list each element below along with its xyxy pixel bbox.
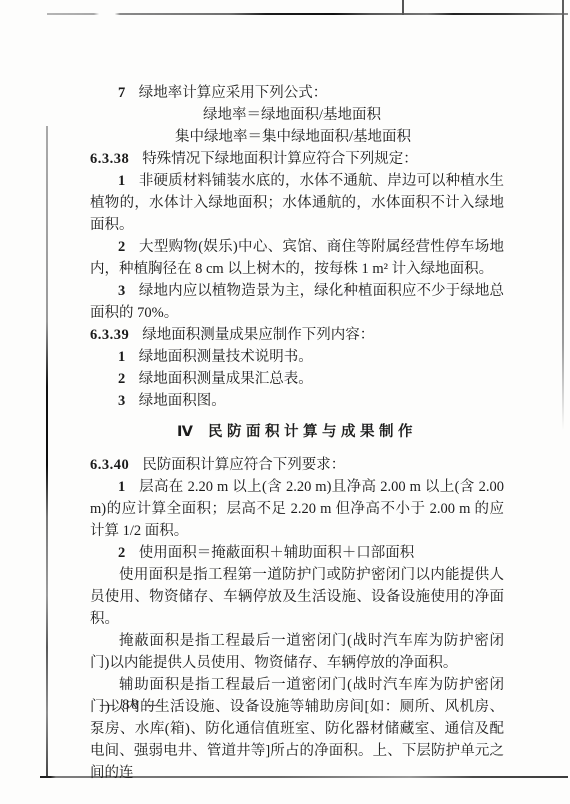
chapter-heading: Ⅳ民防面积计算与成果制作 [90,421,504,443]
paragraph-text: 绿地率＝绿地面积/基地面积 [203,107,381,123]
paragraph-text: 绿地面积图。 [139,393,226,409]
paragraph-text: 非硬质材料铺装水底的，水体不通航、岸边可以种植水生植物的，水体计入绿地面积；水体… [90,173,504,233]
chapter-title: 民防面积计算与成果制作 [208,424,417,440]
item-number: 3 [118,393,126,409]
paragraph-text: 绿地面积测量成果应制作下列内容： [142,327,374,343]
clause-number: 6.3.38 [90,151,129,167]
item-number: 2 [118,239,126,255]
list-item: 3绿地面积图。 [90,390,504,412]
list-item: 2绿地面积测量成果汇总表。 [90,368,504,390]
page-content: 7绿地率计算应采用下列公式：绿地率＝绿地面积/基地面积集中绿地率＝集中绿地面积/… [90,82,504,784]
paragraph-text: 绿地面积测量技术说明书。 [139,349,313,365]
section-clause: 6.3.40民防面积计算应符合下列要求： [90,454,504,476]
paragraph: 使用面积是指工程第一道防护门或防护密闭门以内能提供人员使用、物资储存、车辆停放及… [90,564,504,630]
scan-edge-right-line [562,0,564,430]
item-number: 2 [118,545,126,561]
item-number: 7 [118,85,126,101]
list-item: 1层高在 2.20 m 以上(含 2.20 m)且净高 2.00 m 以上(含 … [90,476,504,542]
paragraph-text: 掩蔽面积是指工程最后一道密闭门(战时汽车库为防护密闭门)以内能提供人员使用、物资… [90,633,504,671]
scan-edge-top-tick [402,0,404,15]
paragraph: 掩蔽面积是指工程最后一道密闭门(战时汽车库为防护密闭门)以内能提供人员使用、物资… [90,630,504,674]
paragraph-text: 集中绿地率＝集中绿地面积/基地面积 [175,129,411,145]
formula-line: 集中绿地率＝集中绿地面积/基地面积 [175,126,504,148]
paragraph-text: 绿地面积测量成果汇总表。 [139,371,313,387]
page-number: — 88 — [100,694,514,716]
list-item: 2大型购物(娱乐)中心、宾馆、商住等附属经营性停车场地内，种植胸径在 8 cm … [90,236,504,280]
formula-line: 绿地率＝绿地面积/基地面积 [203,104,504,126]
list-item: 2使用面积＝掩蔽面积＋辅助面积＋口部面积 [90,542,504,564]
item-number: 2 [118,371,126,387]
paragraph-text: 民防面积计算应符合下列要求： [142,457,345,473]
paragraph-text: 层高在 2.20 m 以上(含 2.20 m)且净高 2.00 m 以上(含 2… [90,479,504,539]
paragraph-text: 大型购物(娱乐)中心、宾馆、商住等附属经营性停车场地内，种植胸径在 8 cm 以… [90,239,504,277]
list-item: 7绿地率计算应采用下列公式： [90,82,504,104]
list-item: 1绿地面积测量技术说明书。 [90,346,504,368]
scan-edge-top-line [47,13,568,15]
item-number: 1 [118,173,126,189]
list-item: 3绿地内应以植物造景为主，绿化种植面积应不少于绿地总面积的 70%。 [90,280,504,324]
paragraph: 辅助面积是指工程最后一道密闭门(战时汽车库为防护密闭门)以内的生活设施、设备设施… [90,674,504,784]
paragraph-text: 辅助面积是指工程最后一道密闭门(战时汽车库为防护密闭门)以内的生活设施、设备设施… [90,677,504,781]
paragraph-text: 绿地内应以植物造景为主，绿化种植面积应不少于绿地总面积的 70%。 [90,283,504,321]
item-number: 1 [118,349,126,365]
list-item: 1非硬质材料铺装水底的，水体不通航、岸边可以种植水生植物的，水体计入绿地面积；水… [90,170,504,236]
scanned-page: { "page": { "number_label": "— 88 —", "h… [0,0,570,804]
section-clause: 6.3.39绿地面积测量成果应制作下列内容： [90,324,504,346]
paragraph-text: 使用面积＝掩蔽面积＋辅助面积＋口部面积 [139,545,415,561]
chapter-number: Ⅳ [177,424,194,440]
item-number: 1 [118,479,126,495]
paragraph-text: 特殊情况下绿地面积计算应符合下列规定： [142,151,418,167]
paragraph-text: 使用面积是指工程第一道防护门或防护密闭门以内能提供人员使用、物资储存、车辆停放及… [90,567,504,627]
clause-number: 6.3.40 [90,457,129,473]
section-clause: 6.3.38特殊情况下绿地面积计算应符合下列规定： [90,148,504,170]
scan-edge-left-line [46,126,48,778]
paragraph-text: 绿地率计算应采用下列公式： [139,85,328,101]
item-number: 3 [118,283,126,299]
clause-number: 6.3.39 [90,327,129,343]
